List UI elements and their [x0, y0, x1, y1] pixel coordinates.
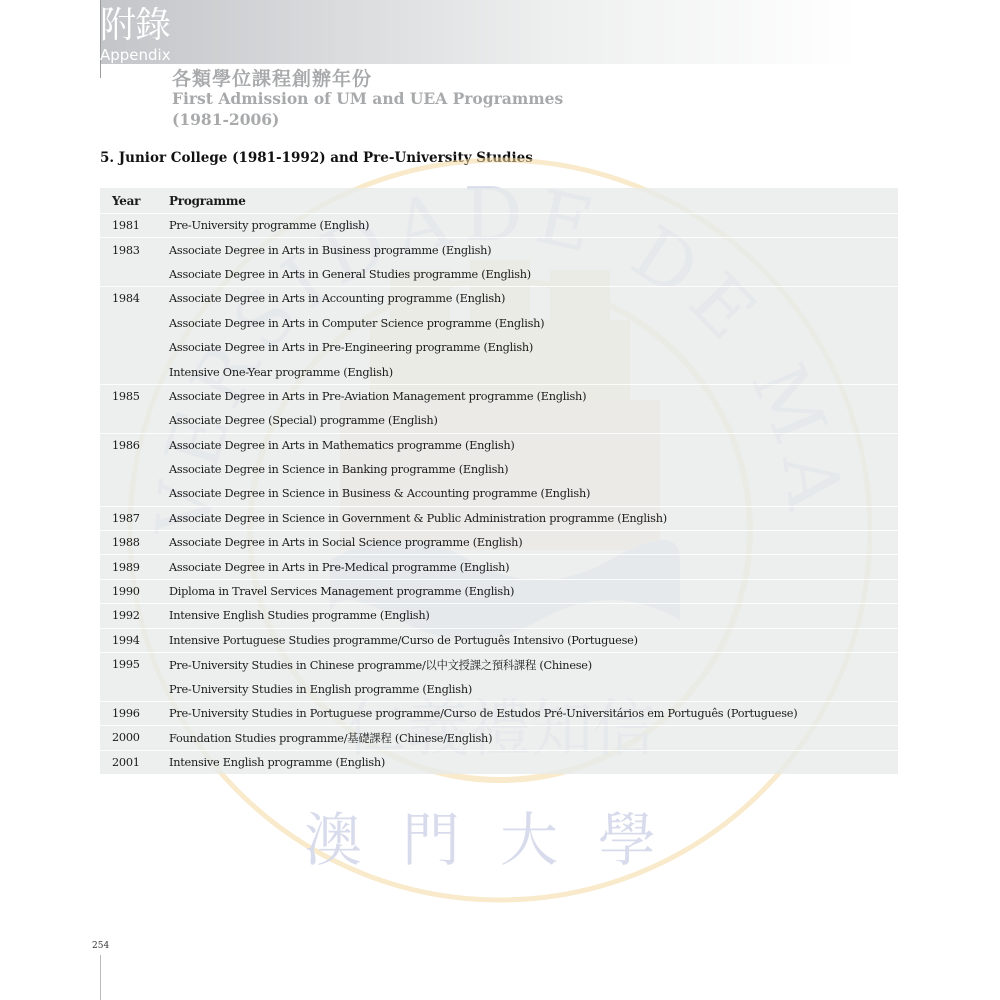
cell-year: 1984	[100, 287, 169, 311]
table-row: 1985Associate Degree in Arts in Pre-Avia…	[100, 384, 898, 408]
cell-programme: Diploma in Travel Services Management pr…	[169, 579, 898, 603]
cell-year: 2000	[100, 726, 169, 750]
table-row: 1994Intensive Portuguese Studies program…	[100, 628, 898, 652]
cell-programme: Pre-University programme (English)	[169, 214, 898, 238]
cell-year	[100, 677, 169, 701]
page-title-zh: 各類學位課程創辦年份	[172, 64, 372, 91]
table-row: 1983Associate Degree in Arts in Business…	[100, 238, 898, 262]
table-row: Associate Degree (Special) programme (En…	[100, 409, 898, 433]
cell-programme: Pre-University Studies in Chinese progra…	[169, 653, 898, 677]
cell-year: 1987	[100, 506, 169, 530]
table-body: 1981Pre-University programme (English)19…	[100, 214, 898, 774]
table-row: Associate Degree in Arts in General Stud…	[100, 262, 898, 286]
cell-programme: Associate Degree in Science in Business …	[169, 482, 898, 506]
cell-programme: Associate Degree in Arts in Pre-Engineer…	[169, 335, 898, 359]
cell-programme: Pre-University Studies in English progra…	[169, 677, 898, 701]
table-row: 1988Associate Degree in Arts in Social S…	[100, 531, 898, 555]
table-row: 1992Intensive English Studies programme …	[100, 604, 898, 628]
cell-year	[100, 409, 169, 433]
cell-programme: Intensive Portuguese Studies programme/C…	[169, 628, 898, 652]
cell-year: 1986	[100, 433, 169, 457]
page-title-en-main: First Admission of UM and UEA Programmes	[172, 88, 563, 109]
cell-year: 1995	[100, 653, 169, 677]
seal-name-zh: 澳門大學	[304, 806, 696, 874]
table-row: 1986Associate Degree in Arts in Mathemat…	[100, 433, 898, 457]
cell-year: 1992	[100, 604, 169, 628]
table-row: Associate Degree in Arts in Pre-Engineer…	[100, 335, 898, 359]
cell-programme: Associate Degree in Arts in Social Scien…	[169, 531, 898, 555]
cell-year	[100, 311, 169, 335]
table-row: 1990Diploma in Travel Services Managemen…	[100, 579, 898, 603]
section-title: 5. Junior College (1981-1992) and Pre-Un…	[100, 150, 533, 166]
table-row: Intensive One-Year programme (English)	[100, 360, 898, 384]
table-row: Associate Degree in Arts in Computer Sci…	[100, 311, 898, 335]
cell-programme: Associate Degree in Arts in General Stud…	[169, 262, 898, 286]
page-rule	[100, 955, 101, 1000]
cell-programme: Associate Degree in Arts in Accounting p…	[169, 287, 898, 311]
table-header-row: Year Programme	[100, 188, 898, 214]
table-row: Pre-University Studies in English progra…	[100, 677, 898, 701]
page-title-years: (1981-2006)	[172, 109, 563, 130]
appendix-label-zh: 附錄	[100, 6, 170, 46]
cell-year: 1990	[100, 579, 169, 603]
cell-year: 1994	[100, 628, 169, 652]
table-row: Associate Degree in Science in Business …	[100, 482, 898, 506]
page-number: 254	[92, 941, 109, 951]
cell-programme: Intensive English programme (English)	[169, 750, 898, 774]
cell-programme: Pre-University Studies in Portuguese pro…	[169, 701, 898, 725]
cell-programme: Associate Degree in Science in Banking p…	[169, 457, 898, 481]
cell-year: 1988	[100, 531, 169, 555]
cell-year: 1989	[100, 555, 169, 579]
table-row: 1984Associate Degree in Arts in Accounti…	[100, 287, 898, 311]
page-title-en: First Admission of UM and UEA Programmes…	[172, 88, 563, 130]
table-row: 2001Intensive English programme (English…	[100, 750, 898, 774]
cell-year: 1983	[100, 238, 169, 262]
cell-year	[100, 335, 169, 359]
cell-year: 1996	[100, 701, 169, 725]
column-header-programme: Programme	[169, 188, 898, 214]
table-row: Associate Degree in Science in Banking p…	[100, 457, 898, 481]
cell-programme: Associate Degree in Arts in Pre-Medical …	[169, 555, 898, 579]
cell-programme: Intensive English Studies programme (Eng…	[169, 604, 898, 628]
column-header-year: Year	[100, 188, 169, 214]
table-row: 1995Pre-University Studies in Chinese pr…	[100, 653, 898, 677]
cell-programme: Intensive One-Year programme (English)	[169, 360, 898, 384]
cell-year: 1985	[100, 384, 169, 408]
cell-year: 1981	[100, 214, 169, 238]
cell-year	[100, 360, 169, 384]
cell-programme: Associate Degree (Special) programme (En…	[169, 409, 898, 433]
cell-year	[100, 262, 169, 286]
programme-table: Year Programme 1981Pre-University progra…	[100, 188, 898, 774]
cell-year: 2001	[100, 750, 169, 774]
cell-programme: Foundation Studies programme/基礎課程 (Chine…	[169, 726, 898, 750]
cell-year	[100, 482, 169, 506]
cell-year	[100, 457, 169, 481]
cell-programme: Associate Degree in Arts in Business pro…	[169, 238, 898, 262]
cell-programme: Associate Degree in Arts in Computer Sci…	[169, 311, 898, 335]
table-row: 1987Associate Degree in Science in Gover…	[100, 506, 898, 530]
table-row: 1996Pre-University Studies in Portuguese…	[100, 701, 898, 725]
table-row: 1981Pre-University programme (English)	[100, 214, 898, 238]
table-row: 2000Foundation Studies programme/基礎課程 (C…	[100, 726, 898, 750]
cell-programme: Associate Degree in Science in Governmen…	[169, 506, 898, 530]
table-row: 1989Associate Degree in Arts in Pre-Medi…	[100, 555, 898, 579]
header-band	[100, 0, 860, 64]
appendix-label-en: Appendix	[100, 46, 171, 64]
cell-programme: Associate Degree in Arts in Pre-Aviation…	[169, 384, 898, 408]
cell-programme: Associate Degree in Arts in Mathematics …	[169, 433, 898, 457]
